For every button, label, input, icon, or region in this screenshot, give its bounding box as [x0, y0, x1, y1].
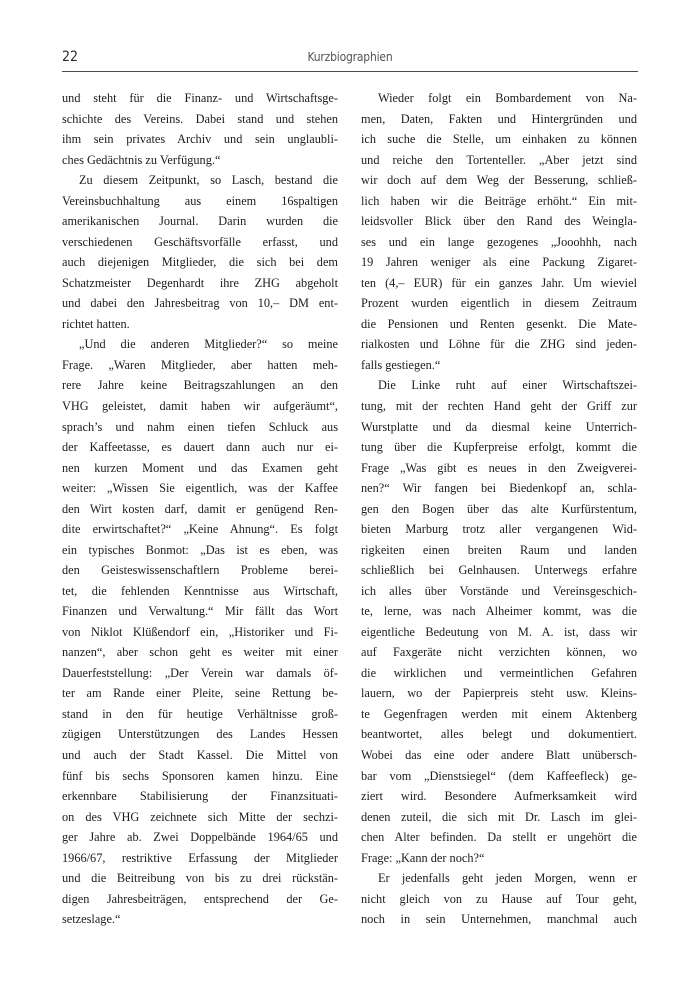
text-line: auf Faxgeräte nicht verzichten können, w… — [361, 642, 637, 663]
text-line: ten (4,– EUR) für ein ganzes Jahr. Um wi… — [361, 273, 637, 294]
text-line: ich alles über Vorstände und Vereinsgesc… — [361, 581, 637, 602]
text-line: auch diejenigen Mitglieder, die sich bei… — [62, 252, 338, 273]
text-line: schichte des Vereins. Dabei stand und st… — [62, 109, 338, 130]
header-rule — [62, 71, 638, 72]
text-line: ihm sein privates Archiv und sein unglau… — [62, 129, 338, 150]
text-line: die wirklichen und vermeintlichen Gefahr… — [361, 663, 637, 684]
text-line: richtet hatten. — [62, 314, 338, 335]
text-line: bar vom „Dienstsiegel“ (dem Kaffeefleck)… — [361, 766, 637, 787]
text-line: und reiche den Tortenteller. „Aber jetzt… — [361, 150, 637, 171]
text-line: verschiedenen Geschäftsvorfälle erfasst,… — [62, 232, 338, 253]
text-line: und die Beitreibung von bis zu drei rück… — [62, 868, 338, 889]
text-column-left: und steht für die Finanz- und Wirtschaft… — [62, 88, 338, 930]
text-line: den Wirt kosten darf, damit er genügend … — [62, 499, 338, 520]
text-line: den Geisteswissenschaftlern Probleme ber… — [62, 560, 338, 581]
text-line: und dabei den Jahresbeitrag von 10,– DM … — [62, 293, 338, 314]
text-line: chen Alter befinden. Da stellt er ungehö… — [361, 827, 637, 848]
text-line: Prozent wurden eigentlich in diesem Zeit… — [361, 293, 637, 314]
text-line: nen?“ Wir fangen bei Biedenkopf an, schl… — [361, 478, 637, 499]
text-line: Vereinsbuchhaltung aus einem 16spaltigen — [62, 191, 338, 212]
text-line: men, Daten, Fakten und Hintergründen und — [361, 109, 637, 130]
text-line: lauern, wo der Papierpreis steht usw. Kl… — [361, 683, 637, 704]
text-line: und steht für die Finanz- und Wirtschaft… — [62, 88, 338, 109]
text-line: ches Gedächtnis zu Verfügung.“ — [62, 150, 338, 171]
book-page: 22 Kurzbiographien und steht für die Fin… — [0, 0, 700, 988]
text-line: sprach’s und nahm einen tiefen Schluck a… — [62, 417, 338, 438]
text-line: VHG geleistet, damit haben wir aufgeräum… — [62, 396, 338, 417]
text-line: von Niklot Klüßendorf ein, „Historiker u… — [62, 622, 338, 643]
text-line: ein typisches Bonmot: „Das ist es eben, … — [62, 540, 338, 561]
text-line: denen zuteil, die sich mit Dr. Lasch im … — [361, 807, 637, 828]
text-line: die Pensionen und Renten gesenkt. Die Ma… — [361, 314, 637, 335]
text-line: stand in den für heutige Verhältnisse gr… — [62, 704, 338, 725]
text-line: amerikanischen Journal. Darin wurden die — [62, 211, 338, 232]
text-line: Frage „Was gibt es neues in den Zweigver… — [361, 458, 637, 479]
text-line: ter am Rande einer Pleite, seine Rettung… — [62, 683, 338, 704]
text-line: Wobei das eine oder andere Blatt unübers… — [361, 745, 637, 766]
running-title: Kurzbiographien — [62, 50, 638, 64]
text-line: Wieder folgt ein Bombardement von Na- — [361, 88, 637, 109]
text-line: zügigen Unterstützungen des Landes Hesse… — [62, 724, 338, 745]
text-line: ich suche die Stelle, um einhaken zu kön… — [361, 129, 637, 150]
text-line: eigentliche Bedeutung von M. A. ist, das… — [361, 622, 637, 643]
text-line: digen Jahresbeiträgen, entsprechend der … — [62, 889, 338, 910]
text-line: erkennbare Stabilisierung der Finanzsitu… — [62, 786, 338, 807]
text-line: te Gegenfragen werden mit einem Aktenber… — [361, 704, 637, 725]
text-line: falls gestiegen.“ — [361, 355, 637, 376]
text-line: gen den Bogen über das alte Kurfürstentu… — [361, 499, 637, 520]
text-line: tet, die fehlenden Kenntnisse aus Wirtsc… — [62, 581, 338, 602]
text-line: der Kaffeetasse, es dauert dann auch nur… — [62, 437, 338, 458]
text-line: tung über die Kupferpreise erfolgt, komm… — [361, 437, 637, 458]
text-line: Frage: „Kann der noch?“ — [361, 848, 637, 869]
text-line: Dauerfeststellung: „Der Verein war damal… — [62, 663, 338, 684]
text-line: rialkosten und Löhne für die ZHG sind je… — [361, 334, 637, 355]
text-line: ziert wird. Besondere Aufmerksamkeit wir… — [361, 786, 637, 807]
text-line: noch in sein Unternehmen, manchmal auch — [361, 909, 637, 930]
text-line: wir doch auf dem Weg der Besserung, schl… — [361, 170, 637, 191]
text-line: ses und ein lange gezogenes „Jooohhh, na… — [361, 232, 637, 253]
text-line: nen kurzen Moment und das Examen geht — [62, 458, 338, 479]
text-line: weiter: „Wissen Sie eigentlich, was der … — [62, 478, 338, 499]
text-line: „Und die anderen Mitglieder?“ so meine — [62, 334, 338, 355]
text-line: fünf bis sechs Sponsoren kamen hinzu. Ei… — [62, 766, 338, 787]
text-line: Frage. „Waren Mitglieder, aber hatten me… — [62, 355, 338, 376]
text-line: ger Jahre ab. Zwei Doppelbände 1964/65 u… — [62, 827, 338, 848]
text-line: Finanzen und Verwaltung.“ Mir fällt das … — [62, 601, 338, 622]
text-line: dite erwirtschaftet?“ „Keine Ahnung“. Es… — [62, 519, 338, 540]
text-line: 1966/67, restriktive Erfassung der Mitgl… — [62, 848, 338, 869]
text-column-right: Wieder folgt ein Bombardement von Na-men… — [361, 88, 637, 930]
text-line: lich haben wir die Beiträge erhöht.“ Ein… — [361, 191, 637, 212]
text-line: rigkeiten einen breiten Raum und landen — [361, 540, 637, 561]
text-line: und auch der Stadt Kassel. Die Mittel vo… — [62, 745, 338, 766]
text-line: setzeslage.“ — [62, 909, 338, 930]
running-header: 22 Kurzbiographien — [62, 47, 638, 69]
text-line: schließlich bei Gelnhausen. Unterwegs er… — [361, 560, 637, 581]
text-line: beantwortet, alles belegt und dokumentie… — [361, 724, 637, 745]
text-line: nicht gleich von zu Hause auf Tour geht, — [361, 889, 637, 910]
text-line: bieten Marburg trotz aller vergangenen W… — [361, 519, 637, 540]
text-line: tung, mit der rechten Hand geht der Grif… — [361, 396, 637, 417]
text-line: Schatzmeister Degenhardt ihre ZHG abgeho… — [62, 273, 338, 294]
text-line: leidsvoller Blick über den Rand des Wein… — [361, 211, 637, 232]
text-line: Die Linke ruht auf einer Wirtschaftszei- — [361, 375, 637, 396]
text-line: on des VHG zeichnete sich Mitte der sech… — [62, 807, 338, 828]
text-line: 19 Jahren weniger als eine Packung Zigar… — [361, 252, 637, 273]
text-line: Zu diesem Zeitpunkt, so Lasch, bestand d… — [62, 170, 338, 191]
text-line: Wurstplatte und da diesmal keine Unterri… — [361, 417, 637, 438]
text-line: nanzen“, aber schon geht es weiter mit e… — [62, 642, 338, 663]
text-line: rere Jahre keine Beitragszahlungen an de… — [62, 375, 338, 396]
text-line: Er jedenfalls geht jeden Morgen, wenn er — [361, 868, 637, 889]
text-line: te, lerne, was nach Alheimer kommt, was … — [361, 601, 637, 622]
